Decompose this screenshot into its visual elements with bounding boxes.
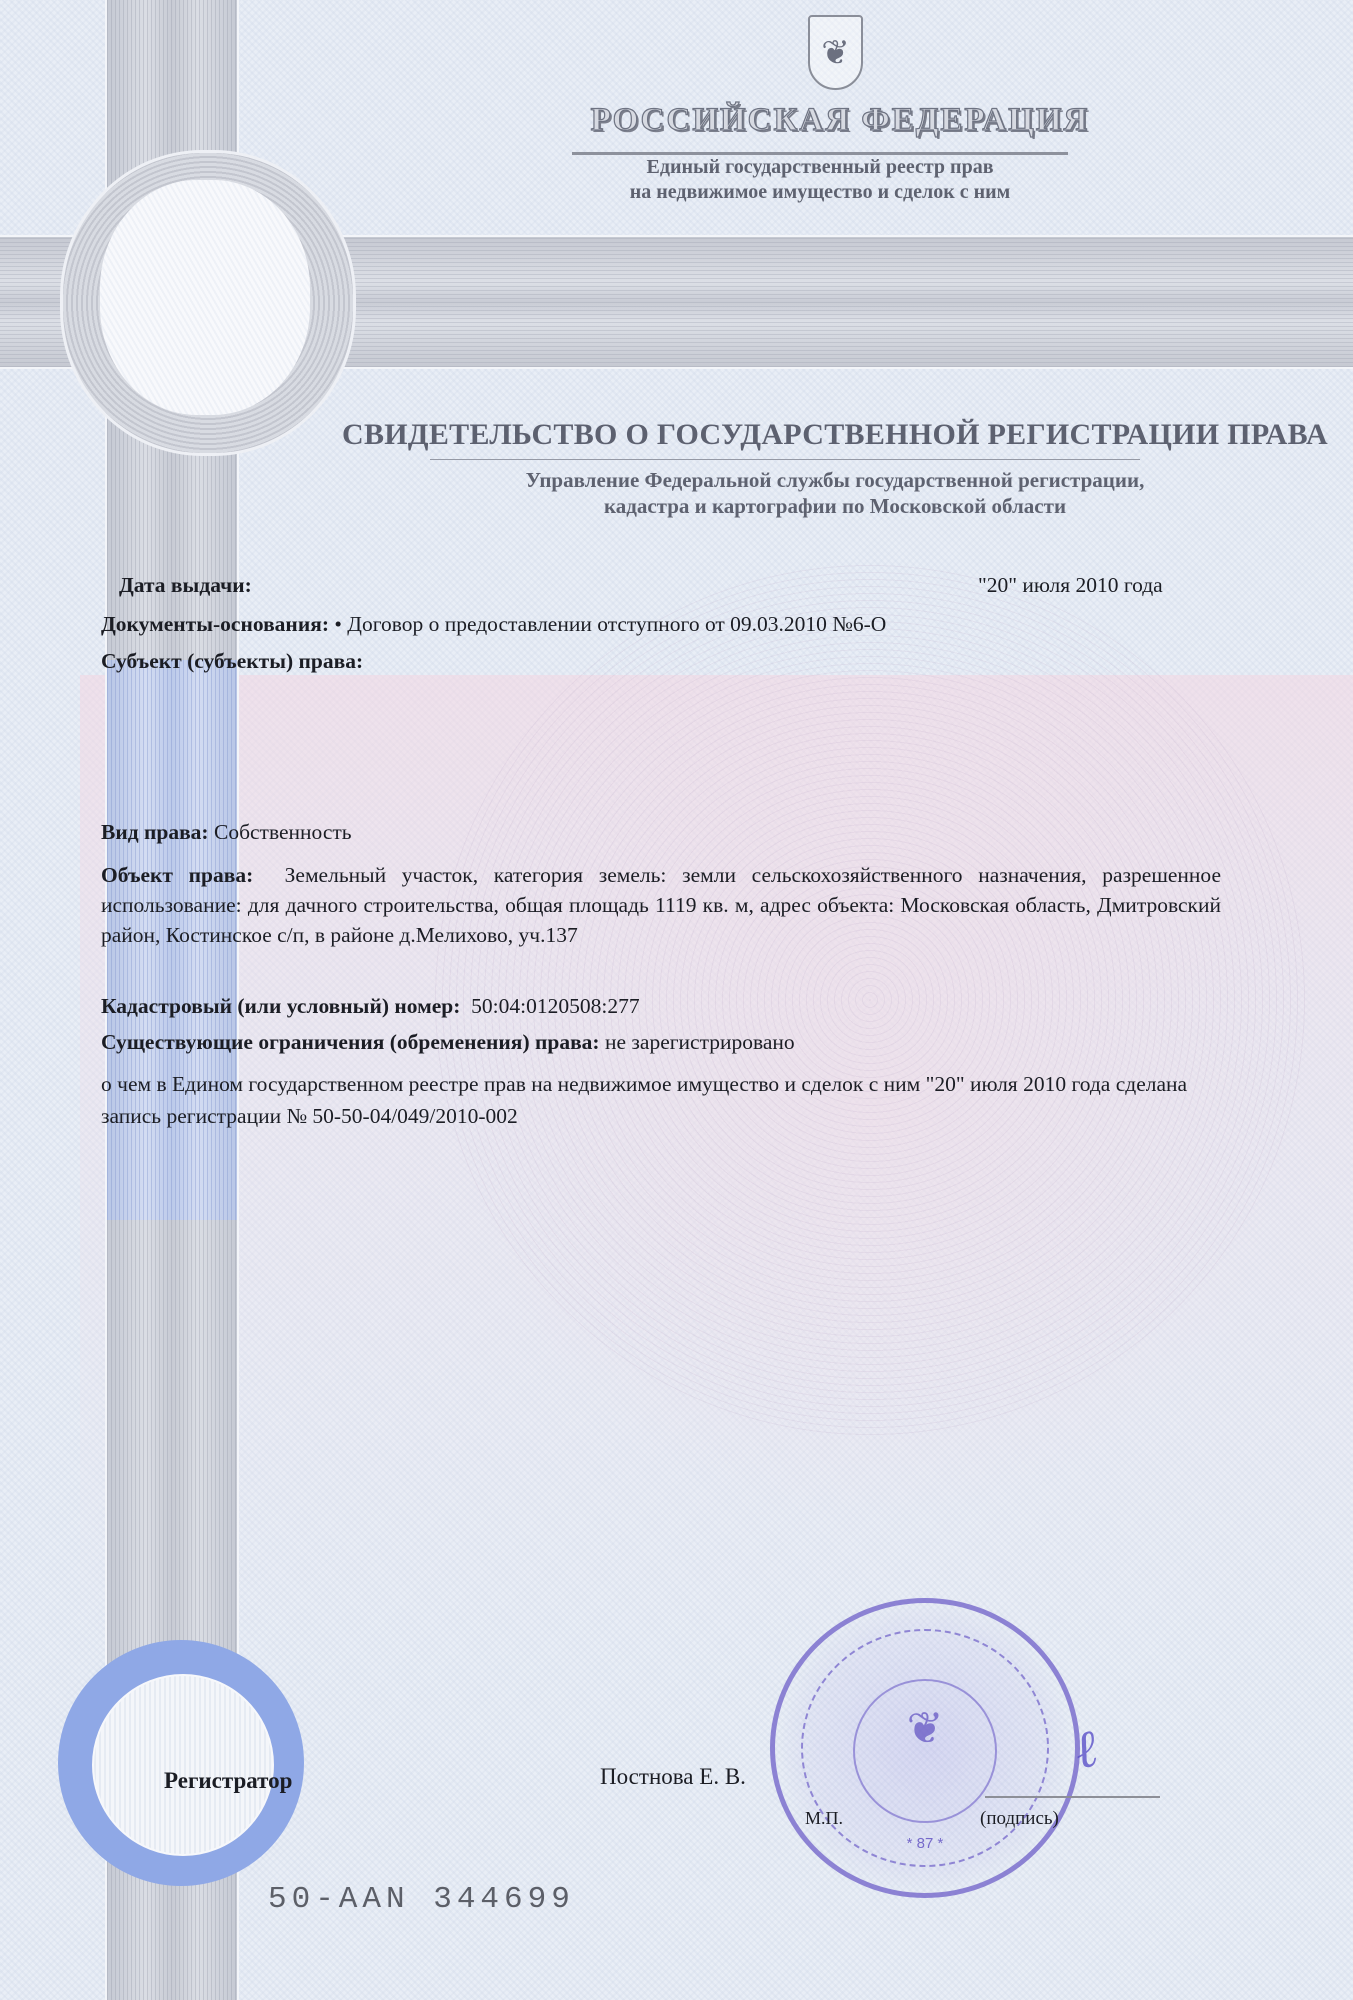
right-holders: Субъект (субъекты) права: xyxy=(101,649,363,674)
documents-basis-value: • Договор о предоставлении отступного от… xyxy=(334,612,886,636)
seal-place-label: М.П. xyxy=(805,1808,843,1829)
right-type: Вид права: Собственность xyxy=(101,820,352,845)
form-serial-number: 50-AAN 344699 xyxy=(268,1882,575,1917)
documents-basis: Документы-основания: • Договор о предост… xyxy=(101,612,886,637)
seal-number: * 87 * xyxy=(775,1835,1075,1852)
registry-name: Единый государственный реестр прав на не… xyxy=(560,155,1080,205)
title-divider xyxy=(430,459,1140,460)
signature-caption: (подпись) xyxy=(980,1808,1059,1830)
registrar-name: Постнова Е. В. xyxy=(600,1764,746,1790)
cadastral-number-label: Кадастровый (или условный) номер: xyxy=(101,994,460,1018)
agency-line-1: Управление Федеральной службы государств… xyxy=(400,467,1270,493)
right-type-value: Собственность xyxy=(214,820,352,844)
cadastral-number: Кадастровый (или условный) номер: 50:04:… xyxy=(101,994,640,1019)
signature-line xyxy=(985,1796,1160,1798)
registry-line-1: Единый государственный реестр прав xyxy=(560,155,1080,180)
issue-date-label: Дата выдачи: xyxy=(119,573,252,598)
documents-basis-label: Документы-основания: xyxy=(101,612,329,636)
country-title: РОССИЙСКАЯ ФЕДЕРАЦИЯ xyxy=(570,102,1110,139)
right-holders-label: Субъект (субъекты) права: xyxy=(101,649,363,673)
hologram-center xyxy=(92,1674,274,1856)
official-seal: ❦ * 87 * xyxy=(770,1598,1080,1898)
registration-record: о чем в Едином государственном реестре п… xyxy=(101,1068,1241,1132)
issue-date-value: "20" июля 2010 года xyxy=(978,573,1163,598)
encumbrances-label: Существующие ограничения (обременения) п… xyxy=(101,1030,600,1054)
encumbrances: Существующие ограничения (обременения) п… xyxy=(101,1030,795,1055)
seal-eagle-icon: ❦ xyxy=(775,1703,1075,1754)
right-object-label: Объект права: xyxy=(101,863,253,887)
right-object: Объект права: Земельный участок, категор… xyxy=(101,860,1221,950)
agency-line-2: кадастра и картографии по Московской обл… xyxy=(400,493,1270,519)
issuing-agency: Управление Федеральной службы государств… xyxy=(400,467,1270,519)
right-object-value: Земельный участок, категория земель: зем… xyxy=(101,863,1221,947)
right-type-label: Вид права: xyxy=(101,820,209,844)
registry-line-2: на недвижимое имущество и сделок с ним xyxy=(560,180,1080,205)
certificate-title: СВИДЕТЕЛЬСТВО О ГОСУДАРСТВЕННОЙ РЕГИСТРА… xyxy=(330,418,1340,452)
watermark-medallion-center xyxy=(100,180,310,415)
russian-coat-of-arms-icon: ❦ xyxy=(808,15,863,90)
registrar-label: Регистратор xyxy=(164,1768,292,1794)
encumbrances-value: не зарегистрировано xyxy=(605,1030,795,1054)
cadastral-number-value: 50:04:0120508:277 xyxy=(471,994,639,1018)
